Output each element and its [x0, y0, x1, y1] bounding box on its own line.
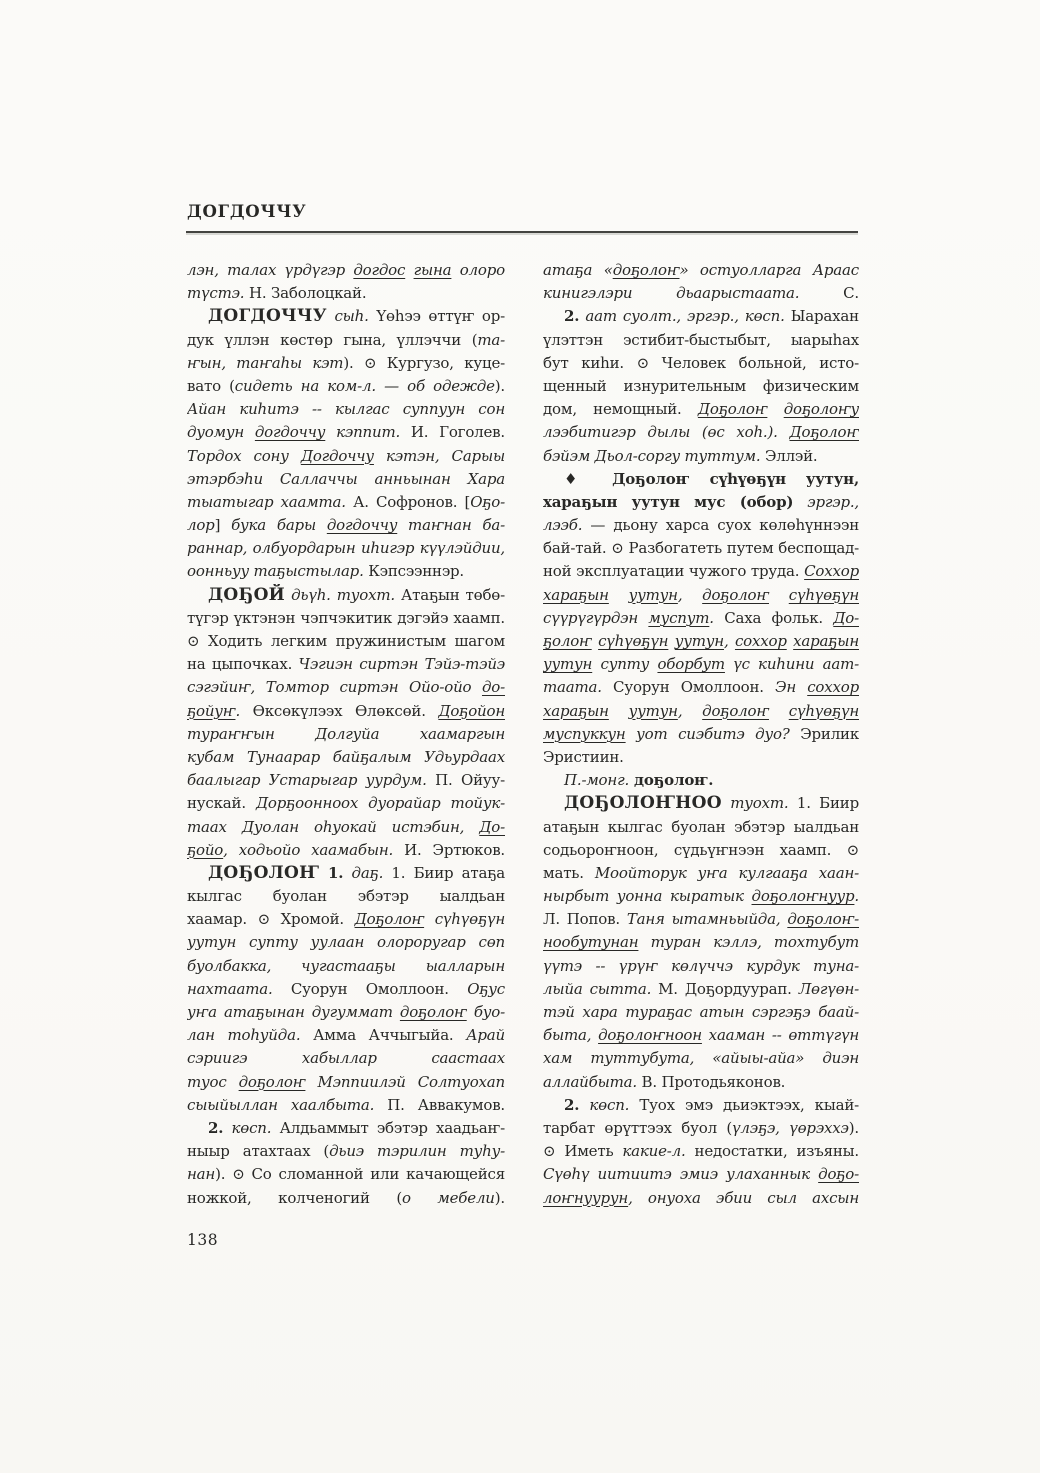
text-run: сэриигэ хабыллар саастаах дьоннортон: [187, 1049, 505, 1070]
text-line: хараҕын уутун, доҕолоҥ сүһүөҕүн уутун: [543, 700, 859, 723]
text-run: Н. Заболоцкай.: [244, 284, 366, 302]
text-run: ). ⊙ Кургузо, куце-: [343, 354, 505, 372]
text-run: Кэпсээннэр.: [364, 562, 464, 580]
text-run: нообутунан: [543, 933, 638, 951]
text-run: доҕолоҥноон: [598, 1026, 702, 1044]
text-line: тэй хара тураҕас атын сэргэҕэ баай-: [543, 1001, 859, 1024]
text-run: ).: [495, 377, 505, 395]
text-run: лоҥнуурун: [543, 1189, 628, 1207]
text-run: ныыр атахтаах (: [187, 1142, 329, 1160]
text-line: баалыгар Устарыгар уурдум. П. Ойуу-: [187, 769, 505, 792]
text-run: Эллэй.: [760, 447, 817, 465]
text-run: Доҕолоҥ: [698, 400, 768, 418]
text-line: сыыйыллан хаалбыта. П. Аввакумов.: [187, 1094, 505, 1117]
text-run: тыатыгар хаамта.: [187, 493, 346, 511]
text-run: 1.: [319, 864, 343, 882]
text-line: лоҥнуурун, онуоха эбии сыл ахсын сүөһү: [543, 1187, 859, 1210]
text-run: туохт.: [722, 794, 789, 812]
text-run: доҕолоҥ: [400, 1003, 467, 1021]
text-run: Арай: [466, 1026, 505, 1044]
text-line: аллайбыта. В. Протодьяконов.: [543, 1071, 859, 1094]
text-line: лээбитигэр дылы (өс хоһ.). Доҕолоҥ: [543, 421, 859, 444]
text-line: Сүөһү иитиитэ эмиэ улаханнык доҕо-: [543, 1163, 859, 1186]
text-line: лыйа сытта. М. Доҕордуурап. Лөгүөн-: [543, 978, 859, 1001]
text-run: кинигэлэри дьаарыстаата.: [543, 284, 799, 302]
text-line: уҥа атаҕынан дугуммат доҕолоҥ буо-: [187, 1001, 505, 1024]
text-line: түгэр үктэнэн чэпчэкитик дэгэйэ хаамп.: [187, 607, 505, 630]
text-run: хараҕын уутун мус (обор): [543, 493, 793, 511]
text-run: та-: [477, 331, 505, 349]
text-run: Эрилик: [790, 725, 859, 743]
text-run: бука бары: [231, 516, 327, 534]
text-run: Л. Попов.: [543, 910, 627, 928]
text-line: Эристиин.: [543, 746, 859, 769]
text-run: ).: [849, 1119, 859, 1137]
text-run: туос: [187, 1073, 239, 1091]
text-run: И. Эртюков.: [393, 841, 505, 859]
text-run: доҕолоҥ: [702, 586, 769, 604]
text-run: Эристиин.: [543, 748, 624, 766]
text-line: бут киһи. ⊙ Человек больной, исто-: [543, 352, 859, 375]
text-run: ҕойуҥ: [187, 702, 235, 720]
text-run: сүһүөҕүн: [789, 702, 859, 720]
text-run: [609, 586, 629, 604]
text-run: И. Гоголев.: [400, 423, 505, 441]
text-run: муспуккун: [543, 725, 626, 743]
text-run: атаҕын кылгас буолан эбэтэр ыалдьан: [543, 818, 859, 836]
text-run: хам туттубута, «айыы-айа» диэн саҥа: [543, 1049, 859, 1070]
text-run: кылгас буолан эбэтэр ыалдьан сүдьүҥнээн: [187, 887, 505, 908]
text-line: таах Дуолан оһуокай истэбин, До-: [187, 816, 505, 839]
text-run: дом, немощный.: [543, 400, 698, 418]
text-run: соххор: [807, 678, 859, 696]
text-line: түстэ. Н. Заболоцкай.: [187, 282, 505, 305]
text-run: [769, 586, 789, 604]
text-run: оборбут: [657, 655, 725, 673]
text-run: П. Аввакумов.: [374, 1096, 505, 1114]
text-line: буолбакка, чугастааҕы ыалларын кураа-: [187, 955, 505, 978]
text-run: » остуолларга Араас: [680, 261, 859, 279]
text-run: нан: [187, 1165, 215, 1183]
text-run: Эн: [775, 678, 807, 696]
text-run: хараҕын: [793, 632, 859, 650]
text-run: [405, 261, 413, 279]
text-run: сидеть на ком-л. — об одежде: [235, 377, 495, 395]
text-line: хараҕын уутун мус (обор) эргэр., сөбү-: [543, 491, 859, 514]
text-run: ,: [724, 632, 735, 650]
text-run: Лөгүөн-: [799, 980, 859, 998]
text-run: лан тоһуйда.: [187, 1026, 300, 1044]
text-line: мать. Моойторук уҥа кулгааҕа хаан-: [543, 862, 859, 885]
text-run: щенный изнурительным физическим тру-: [543, 377, 859, 398]
text-run: В. Протодьяконов.: [637, 1073, 785, 1091]
text-run: үлэттэн эстибит-быстыбыт, ыарыһах буол-: [543, 331, 859, 352]
text-run: догдоччу: [327, 516, 397, 534]
text-run: доҕолоҥ: [702, 702, 769, 720]
text-line: ныыр атахтаах (дьиэ тэрилин туһу-: [187, 1140, 505, 1163]
text-run: 2.: [564, 1096, 579, 1114]
text-run: дук үллэн көстөр гына, үллэччи (: [187, 331, 477, 349]
text-run: лор: [187, 516, 215, 534]
text-run: хаамар. ⊙ Хромой.: [187, 910, 355, 928]
text-run: сүһүөҕүн: [789, 586, 859, 604]
text-run: лээбитигэр дылы (өс хоһ.).: [543, 423, 790, 441]
text-run: доҕолоҥ-: [787, 910, 859, 928]
text-run: дьиэ тэрилин туһу-: [329, 1142, 505, 1160]
text-line: ҕолоҥ сүһүөҕүн уутун, соххор хараҕын: [543, 630, 859, 653]
text-run: уот сиэбитэ дуо?: [626, 725, 790, 743]
dictionary-page: ДОГДОЧЧУ лэн, талах үрдүгэр догдос гына …: [0, 0, 1040, 1473]
text-line: муспуккун уот сиэбитэ дуо? Эрилик: [543, 723, 859, 746]
text-run: ⊙ Иметь: [543, 1142, 622, 1160]
text-line: Л. Попов. Таня ытамньыйда, доҕолоҥ-: [543, 908, 859, 931]
text-run: 1. Биир: [788, 794, 859, 812]
text-run: Сүөһү иитиитэ эмиэ улаханнык: [543, 1165, 818, 1183]
text-run: доҕолоҥнуур: [752, 887, 855, 905]
text-run: Чэгиэн сиртэн Тэйэ-тэйэ: [299, 655, 505, 673]
text-run: ной эксплуатации чужого труда.: [543, 562, 804, 580]
text-run: Туох эмэ дьиэктээх, кыай-: [629, 1096, 859, 1114]
text-run: лыйа сытта.: [543, 980, 651, 998]
text-run: доҕолоҥ.: [629, 771, 713, 789]
text-run: кубам Тунаарар байҕалым Удьурдаах: [187, 748, 505, 766]
text-run: догдос: [353, 261, 405, 279]
text-line: хам туттубута, «айыы-айа» диэн саҥа: [543, 1047, 859, 1070]
text-run: Таня ытамньыйда,: [627, 910, 788, 928]
text-line: Айан киһитэ -- кылгас суппуун сон: [187, 398, 505, 421]
header-rule: [186, 231, 858, 233]
text-line: ДОҔОЙ дьүһ. туохт. Атаҕын төбө-: [187, 584, 505, 607]
text-run: үс киһини аат-: [725, 655, 859, 673]
text-line: ҥын, таҥаһы кэт). ⊙ Кургузо, куце-: [187, 352, 505, 375]
text-run: тураҥҥын Долгуйа хаамаргын Туналыйар: [187, 725, 505, 746]
text-run: сыыйыллан хаалбыта.: [187, 1096, 374, 1114]
text-run: олоро: [451, 261, 505, 279]
text-run: Саха фольк.: [714, 609, 833, 627]
text-run: баалыгар Устарыгар уурдум.: [187, 771, 427, 789]
text-run: ]: [215, 516, 231, 534]
text-run: доҕолоҥ: [613, 261, 680, 279]
text-run: Атаҕын төбө-: [395, 586, 505, 604]
text-line: нырбыт уонна кыратык доҕолоҥнуур.: [543, 885, 859, 908]
text-line: дом, немощный. Доҕолоҥ доҕолоҥу сии-: [543, 398, 859, 421]
text-run: гына: [414, 261, 452, 279]
text-run: [609, 702, 629, 720]
text-run: бай-тай. ⊙ Разбогатеть путем беспощад-: [543, 539, 859, 557]
text-line: щенный изнурительным физическим тру-: [543, 375, 859, 398]
text-run: аллайбыта.: [543, 1073, 637, 1091]
text-line: ♦ Доҕолоҥ сүһүөҕүн уутун, соххор: [543, 468, 859, 491]
text-line: дуомун догдоччу кэппит. И. Гоголев.: [187, 421, 505, 444]
text-run: А. Софронов. [: [346, 493, 470, 511]
text-run: таата.: [543, 678, 602, 696]
headword: ДОГДОЧЧУ: [208, 306, 327, 326]
text-run: аат суолт., эргэр., көсп.: [579, 307, 784, 325]
text-run: сүһүөҕүн: [424, 910, 505, 928]
text-run: тэй хара тураҕас атын сэргэҕэ баай-: [543, 1003, 859, 1021]
text-run: даҕ.: [343, 864, 383, 882]
text-run: Ыарахан: [785, 307, 859, 325]
text-run: уҥа атаҕынан дугуммат: [187, 1003, 400, 1021]
text-line: ⊙ Иметь какие-л. недостатки, изъяны.: [543, 1140, 859, 1163]
text-run: нырбыт уонна кыратык: [543, 887, 752, 905]
text-line: ДОҔОЛОҤНОО туохт. 1. Биир: [543, 792, 859, 815]
text-run: П. Ойуу-: [427, 771, 505, 789]
text-line: хараҕын уутун, доҕолоҥ сүһүөҕүн уутун: [543, 584, 859, 607]
text-run: бэйэм Дьол-соргу туттум.: [543, 447, 760, 465]
text-run: лэн, талах үрдүгэр: [187, 261, 353, 279]
text-run: Алдьаммыт эбэтэр хаадьаҥ-: [271, 1119, 505, 1137]
text-run: [767, 400, 783, 418]
text-line: ⊙ Ходить легким пружинистым шагом: [187, 630, 505, 653]
text-run: 2.: [208, 1119, 223, 1137]
text-run: ножкой, колченогий (: [187, 1189, 402, 1207]
text-run: хараҕын: [543, 702, 609, 720]
text-run: дуомун: [187, 423, 255, 441]
text-run: уутун: [543, 655, 592, 673]
text-run: догдоччу: [255, 423, 325, 441]
text-run: Суорун Омоллоон.: [602, 678, 775, 696]
text-line: тыатыгар хаамта. А. Софронов. [Оҕо-: [187, 491, 505, 514]
text-line: кылгас буолан эбэтэр ыалдьан сүдьүҥнээн: [187, 885, 505, 908]
text-run: — дьону харса суох көлөһүннээн: [582, 516, 859, 534]
text-run: сыһ.: [327, 307, 369, 325]
text-run: Догдоччу: [301, 447, 374, 465]
text-line: 2. аат суолт., эргэр., көсп. Ыарахан: [543, 305, 859, 328]
left-column: лэн, талах үрдүгэр догдос гына олоротүст…: [187, 259, 505, 1210]
text-run: 1. Биир атаҕа: [383, 864, 505, 882]
text-line: на цыпочках. Чэгиэн сиртэн Тэйэ-тэйэ: [187, 653, 505, 676]
text-run: буо-: [467, 1003, 505, 1021]
text-run: супту: [592, 655, 657, 673]
text-run: сүүрүгүрдэн: [543, 609, 648, 627]
text-run: уутун: [629, 702, 678, 720]
text-run: буолбакка, чугастааҕы ыалларын кураа-: [187, 957, 505, 978]
text-line: быта, доҕолоҥноон хааман -- өттүгүн: [543, 1024, 859, 1047]
text-run: хааман -- өттүгүн: [702, 1026, 859, 1044]
text-run: Доҕойон: [438, 702, 505, 720]
text-line: 2. көсп. Туох эмэ дьиэктээх, кыай-: [543, 1094, 859, 1117]
text-run: кэтэн, Сарыы: [374, 447, 505, 465]
text-run: таҥнан ба-: [397, 516, 505, 534]
text-run: быта,: [543, 1026, 598, 1044]
text-run: ♦ Доҕолоҥ сүһүөҕүн уутун, соххор: [543, 470, 859, 491]
text-line: үүтэ -- үрүҥ көлүччэ курдук туна-: [543, 955, 859, 978]
text-run: Доҕолоҥ: [355, 910, 425, 928]
text-run: уутун: [675, 632, 724, 650]
text-line: тураҥҥын Долгуйа хаамаргын Туналыйар: [187, 723, 505, 746]
text-run: Суорун Омоллоон.: [273, 980, 468, 998]
text-line: нан). ⊙ Со сломанной или качающейся: [187, 1163, 505, 1186]
text-run: До-: [479, 818, 505, 836]
text-run: ҕойо: [187, 841, 223, 859]
text-line: бэйэм Дьол-соргу туттум. Эллэй.: [543, 445, 859, 468]
text-run: түстэ.: [187, 284, 244, 302]
text-line: лан тоһуйда. Амма Аччыгыйа. Арай: [187, 1024, 505, 1047]
text-run: доҕо-: [818, 1165, 859, 1183]
text-run: уутун: [629, 586, 678, 604]
text-run: ⊙ Ходить легким пружинистым шагом: [187, 632, 505, 650]
text-run: Доҕолоҥ: [790, 423, 860, 441]
text-line: ной эксплуатации чужого труда. Соххор: [543, 560, 859, 583]
text-run: үлэҕэ, үөрэххэ: [732, 1119, 849, 1137]
text-run: .: [854, 887, 859, 905]
text-line: этэрбэһи Саллаччы анньынан Хара: [187, 468, 505, 491]
text-run: муспут: [648, 609, 709, 627]
text-line: атаҕын кылгас буолан эбэтэр ыалдьан: [543, 816, 859, 839]
text-line: уутун супту оборбут үс киһини аат-: [543, 653, 859, 676]
text-run: түгэр үктэнэн чэпчэкитик дэгэйэ хаамп.: [187, 609, 505, 627]
text-line: сэгэйиҥ, Томтор сиртэн Ойо-ойо до-: [187, 676, 505, 699]
text-run: хараҕын: [543, 586, 609, 604]
headword: ДОҔОЛОҤ: [208, 863, 319, 883]
text-run: ,: [678, 586, 702, 604]
text-run: атаҕа «: [543, 261, 613, 279]
text-line: бай-тай. ⊙ Разбогатеть путем беспощад-: [543, 537, 859, 560]
text-line: содьороҥноон, сүдьүҥнээн хаамп. ⊙ Хро-: [543, 839, 859, 862]
text-run: үүтэ -- үрүҥ көлүччэ курдук туна-: [543, 957, 859, 975]
text-run: сүһүөҕүн: [598, 632, 668, 650]
text-run: этэрбэһи Саллаччы анньынан Хара: [187, 470, 505, 488]
text-run: таах Дуолан оһуокай истэбин,: [187, 818, 479, 836]
text-run: содьороҥноон, сүдьүҥнээн хаамп. ⊙ Хро-: [543, 841, 859, 862]
text-run: До-: [833, 609, 859, 627]
text-line: туос доҕолоҥ Мэппиилэй Солтуохап эрэ: [187, 1071, 505, 1094]
page-number: 138: [187, 1231, 218, 1249]
text-line: кинигэлэри дьаарыстаата. С. Васильев.: [543, 282, 859, 305]
right-column: атаҕа «доҕолоҥ» остуолларга Арааскинигэл…: [543, 259, 859, 1210]
text-run: ). ⊙ Со сломанной или качающейся: [215, 1165, 505, 1183]
text-run: до-: [482, 678, 505, 696]
text-run: ҕолоҥ: [543, 632, 592, 650]
text-line: ҕойо, ходьойо хаамабын. И. Эртюков.: [187, 839, 505, 862]
text-run: туран кэллэ, тохтубут: [638, 933, 859, 951]
text-line: нускай. Дорҕоонноох дуорайар тойук-: [187, 792, 505, 815]
text-run: Дорҕоонноох дуорайар тойук-: [256, 794, 505, 812]
text-run: П.-монг.: [564, 771, 629, 789]
text-line: үлэттэн эстибит-быстыбыт, ыарыһах буол-: [543, 329, 859, 352]
text-run: 2.: [564, 307, 579, 325]
text-line: хаамар. ⊙ Хромой. Доҕолоҥ сүһүөҕүн: [187, 908, 505, 931]
text-line: дук үллэн көстөр гына, үллэччи (та-: [187, 329, 505, 352]
text-run: көсп.: [579, 1096, 629, 1114]
text-run: бут киһи. ⊙ Человек больной, исто-: [543, 354, 859, 372]
text-run: на цыпочках.: [187, 655, 299, 673]
text-run: Айан киһитэ -- кылгас суппуун сон: [187, 400, 505, 418]
text-run: лээб.: [543, 516, 582, 534]
text-run: Үөһээ өттүҥ ор-: [369, 307, 505, 325]
text-run: , ходьойо хаамабын.: [223, 841, 393, 859]
text-run: ҥын, таҥаһы кэт: [187, 354, 343, 372]
running-head: ДОГДОЧЧУ: [187, 202, 306, 221]
text-line: ножкой, колченогий (о мебели). [Өкүүчэ]: [187, 1187, 505, 1210]
text-run: көсп.: [223, 1119, 271, 1137]
text-run: нахтаата.: [187, 980, 273, 998]
text-run: уутун супту уулаан олороругар сөп: [187, 933, 505, 951]
text-line: 2. көсп. Алдьаммыт эбэтэр хаадьаҥ-: [187, 1117, 505, 1140]
text-run: Амма Аччыгыйа.: [300, 1026, 466, 1044]
text-line: лор] бука бары догдоччу таҥнан ба-: [187, 514, 505, 537]
text-run: тарбат өрүттээх буол (: [543, 1119, 732, 1137]
text-line: Тордох сону Догдоччу кэтэн, Сарыы: [187, 445, 505, 468]
text-line: ДОГДОЧЧУ сыһ. Үөһээ өттүҥ ор-: [187, 305, 505, 328]
text-line: тарбат өрүттээх буол (үлэҕэ, үөрэххэ).: [543, 1117, 859, 1140]
text-line: ҕойуҥ. Өксөкүлээх Өлөксөй. Доҕойон: [187, 700, 505, 723]
text-run: доҕолоҥу: [784, 400, 859, 418]
text-run: ,: [678, 702, 702, 720]
text-line: лээб. — дьону харса суох көлөһүннээн: [543, 514, 859, 537]
text-run: соххор: [735, 632, 787, 650]
text-line: вато (сидеть на ком-л. — об одежде).: [187, 375, 505, 398]
text-line: П.-монг. доҕолоҥ.: [543, 769, 859, 792]
text-run: Өксөкүлээх Өлөксөй.: [240, 702, 438, 720]
text-run: раннар, олбуордарын иһигэр күүлэйдии,: [187, 539, 505, 557]
text-line: ДОҔОЛОҤ 1. даҕ. 1. Биир атаҕа: [187, 862, 505, 885]
text-run: М. Доҕордуурап.: [651, 980, 799, 998]
text-run: доҕолоҥ: [239, 1073, 306, 1091]
text-run: Соххор: [804, 562, 859, 580]
text-run: недостатки, изъяны.: [686, 1142, 859, 1160]
text-line: сэриигэ хабыллар саастаах дьоннортон: [187, 1047, 505, 1070]
text-line: нахтаата. Суорун Омоллоон. Оҕус илин: [187, 978, 505, 1001]
text-line: нообутунан туран кэллэ, тохтубут: [543, 931, 859, 954]
text-run: оонньуу таҕыстылар.: [187, 562, 364, 580]
text-line: атаҕа «доҕолоҥ» остуолларга Араас: [543, 259, 859, 282]
text-run: кэппит.: [325, 423, 400, 441]
text-run: Тордох сону: [187, 447, 301, 465]
text-run: сэгэйиҥ, Томтор сиртэн Ойо-ойо: [187, 678, 482, 696]
text-run: дьүһ. туохт.: [285, 586, 395, 604]
headword: ДОҔОЛОҤНОО: [564, 793, 722, 813]
text-line: кубам Тунаарар байҕалым Удьурдаах: [187, 746, 505, 769]
text-run: нускай.: [187, 794, 256, 812]
text-line: таата. Суорун Омоллоон. Эн соххор: [543, 676, 859, 699]
text-line: уутун супту уулаан олороругар сөп: [187, 931, 505, 954]
text-line: оонньуу таҕыстылар. Кэпсээннэр.: [187, 560, 505, 583]
text-line: лэн, талах үрдүгэр догдос гына олоро: [187, 259, 505, 282]
headword: ДОҔОЙ: [208, 585, 285, 605]
text-run: какие-л.: [622, 1142, 685, 1160]
text-run: Оҕо-: [470, 493, 505, 511]
text-run: мать.: [543, 864, 595, 882]
text-line: сүүрүгүрдэн муспут. Саха фольк. До-: [543, 607, 859, 630]
text-run: о мебели: [402, 1189, 495, 1207]
text-run: Моойторук уҥа кулгааҕа хаан-: [595, 864, 859, 882]
text-line: раннар, олбуордарын иһигэр күүлэйдии,: [187, 537, 505, 560]
text-run: [769, 702, 789, 720]
text-run: вато (: [187, 377, 235, 395]
